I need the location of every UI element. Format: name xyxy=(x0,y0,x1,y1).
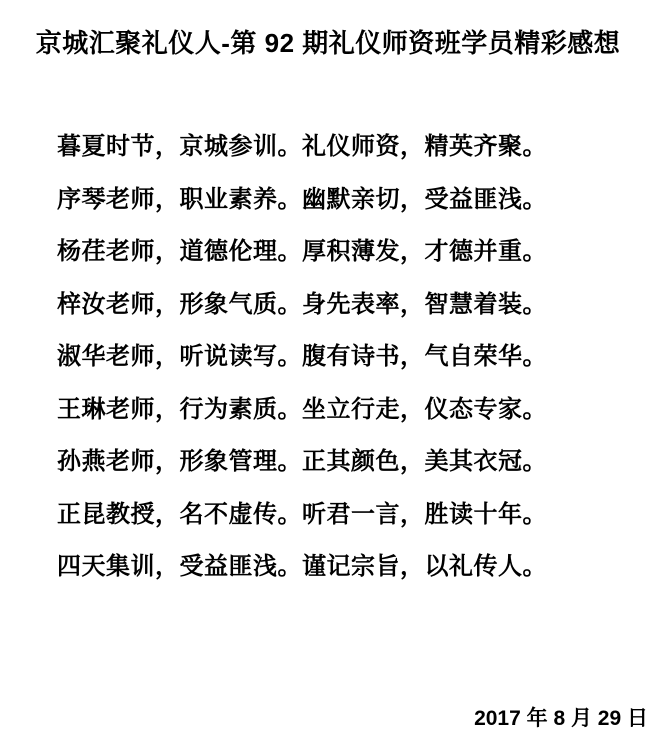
poem-line: 暮夏时节，京城参训。礼仪师资，精英齐聚。 xyxy=(57,121,640,174)
poem-line: 正昆教授，名不虚传。听君一言，胜读十年。 xyxy=(57,489,640,542)
poem-line: 王琳老师，行为素质。坐立行走，仪态专家。 xyxy=(57,384,640,437)
poem-line: 孙燕老师，形象管理。正其颜色，美其衣冠。 xyxy=(57,436,640,489)
poem-line: 梓汝老师，形象气质。身先表率，智慧着装。 xyxy=(57,279,640,332)
page-title: 京城汇聚礼仪人-第 92 期礼仪师资班学员精彩感想 xyxy=(0,27,656,59)
poem-line: 淑华老师，听说读写。腹有诗书，气自荣华。 xyxy=(57,331,640,384)
document-date: 2017 年 8 月 29 日 xyxy=(474,706,648,732)
document-page: 京城汇聚礼仪人-第 92 期礼仪师资班学员精彩感想 暮夏时节，京城参训。礼仪师资… xyxy=(0,0,656,749)
poem-line: 杨荏老师，道德伦理。厚积薄发，才德并重。 xyxy=(57,226,640,279)
document-body: 暮夏时节，京城参训。礼仪师资，精英齐聚。 序琴老师，职业素养。幽默亲切，受益匪浅… xyxy=(57,121,640,594)
poem-line: 序琴老师，职业素养。幽默亲切，受益匪浅。 xyxy=(57,174,640,227)
poem-line: 四天集训，受益匪浅。谨记宗旨，以礼传人。 xyxy=(57,541,640,594)
